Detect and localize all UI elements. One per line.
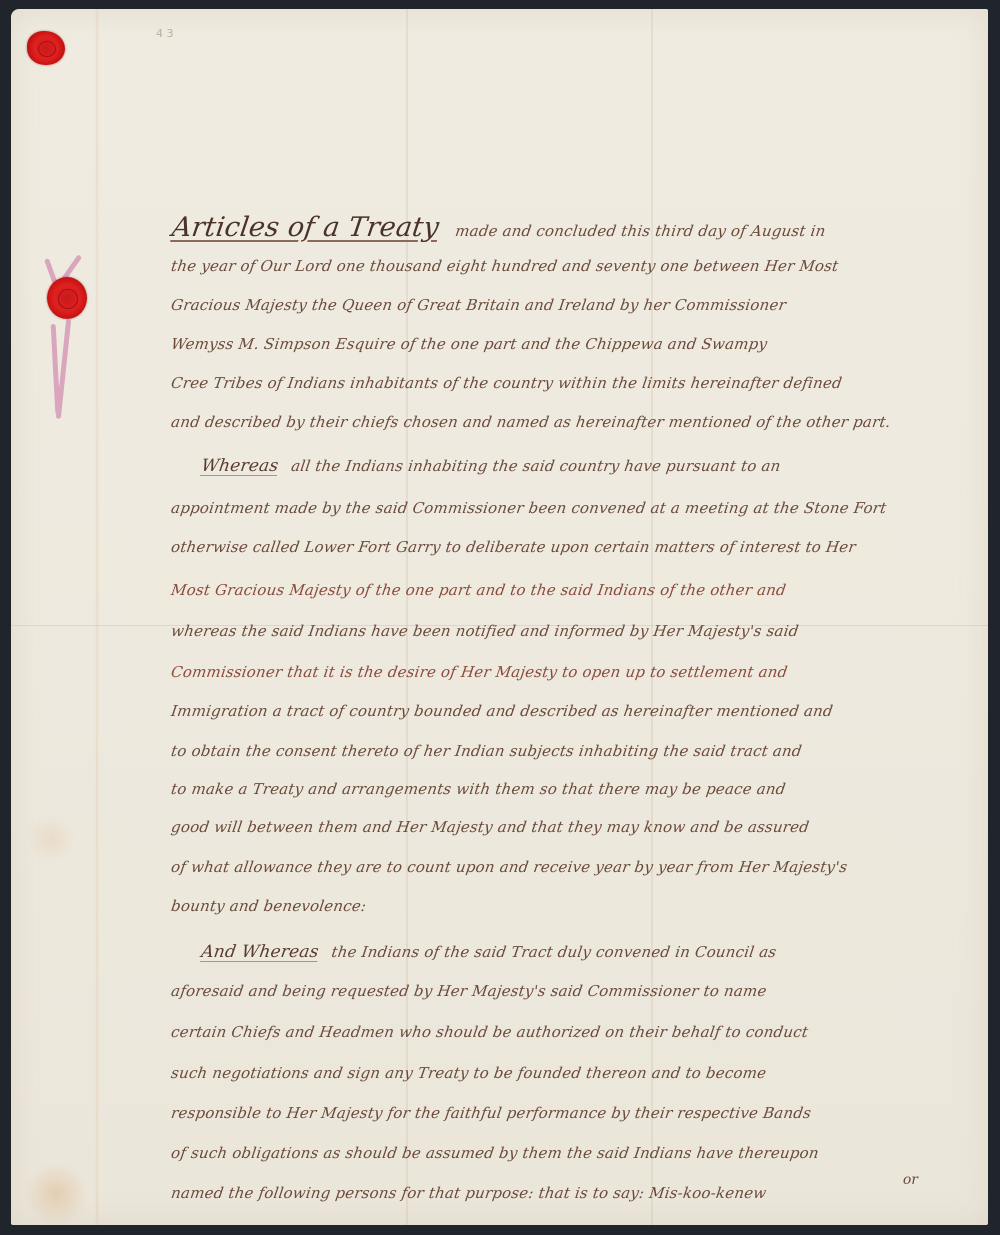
text-line: of such obligations as should be assumed… xyxy=(170,1144,820,1162)
text-line: to obtain the consent thereto of her Ind… xyxy=(170,742,803,760)
water-stain xyxy=(21,1164,91,1224)
text-line: the Indians of the said Tract duly conve… xyxy=(330,943,777,961)
text-line: responsible to Her Majesty for the faith… xyxy=(170,1104,812,1122)
text-line: Wemyss M. Simpson Esquire of the one par… xyxy=(170,335,768,353)
catchword: or xyxy=(903,1172,918,1188)
text-line: Commissioner that it is the desire of He… xyxy=(170,663,789,681)
text-line: of what allowance they are to count upon… xyxy=(170,858,849,876)
text-line: made and concluded this third day of Aug… xyxy=(454,222,827,240)
manuscript-page: 4 3 or xyxy=(11,9,988,1225)
margin-crease xyxy=(95,9,99,1225)
text-line: Immigration a tract of country bounded a… xyxy=(170,702,834,720)
text-line: such negotiations and sign any Treaty to… xyxy=(170,1064,768,1082)
lead-word: Whereas xyxy=(200,456,280,476)
paragraph-start: And Whereas the Indians of the said Trac… xyxy=(200,942,778,962)
text-line: bounty and benevolence: xyxy=(170,897,368,915)
text-line: appointment made by the said Commissione… xyxy=(170,499,888,517)
text-line: aforesaid and being requested by Her Maj… xyxy=(170,982,768,1000)
ribbon-icon xyxy=(51,324,61,414)
text-line: the year of Our Lord one thousand eight … xyxy=(170,257,840,275)
text-line: Cree Tribes of Indians inhabitants of th… xyxy=(170,374,843,392)
text-line: otherwise called Lower Fort Garry to del… xyxy=(170,538,857,556)
text-line: named the following persons for that pur… xyxy=(170,1184,768,1202)
paragraph-start: Whereas all the Indians inhabiting the s… xyxy=(200,456,782,476)
pencil-annotation: 4 3 xyxy=(156,27,174,40)
text-line: Gracious Majesty the Queen of Great Brit… xyxy=(170,296,787,314)
title-line: Articles of a Treaty made and concluded … xyxy=(170,212,828,243)
text-line: Most Gracious Majesty of the one part an… xyxy=(170,581,787,599)
text-line: and described by their chiefs chosen and… xyxy=(170,413,892,431)
text-line: to make a Treaty and arrangements with t… xyxy=(170,780,787,798)
lead-word: And Whereas xyxy=(200,942,320,962)
text-line: whereas the said Indians have been notif… xyxy=(170,622,800,640)
text-line: good will between them and Her Majesty a… xyxy=(170,818,810,836)
wax-seal-icon xyxy=(27,31,65,65)
wax-seal-icon xyxy=(47,277,87,319)
water-stain xyxy=(26,814,76,864)
text-line: certain Chiefs and Headmen who should be… xyxy=(170,1023,809,1041)
document-title: Articles of a Treaty xyxy=(170,212,441,243)
fold-line-vertical xyxy=(651,9,653,1225)
fold-line-vertical xyxy=(406,9,408,1225)
text-line: all the Indians inhabiting the said coun… xyxy=(290,457,782,475)
